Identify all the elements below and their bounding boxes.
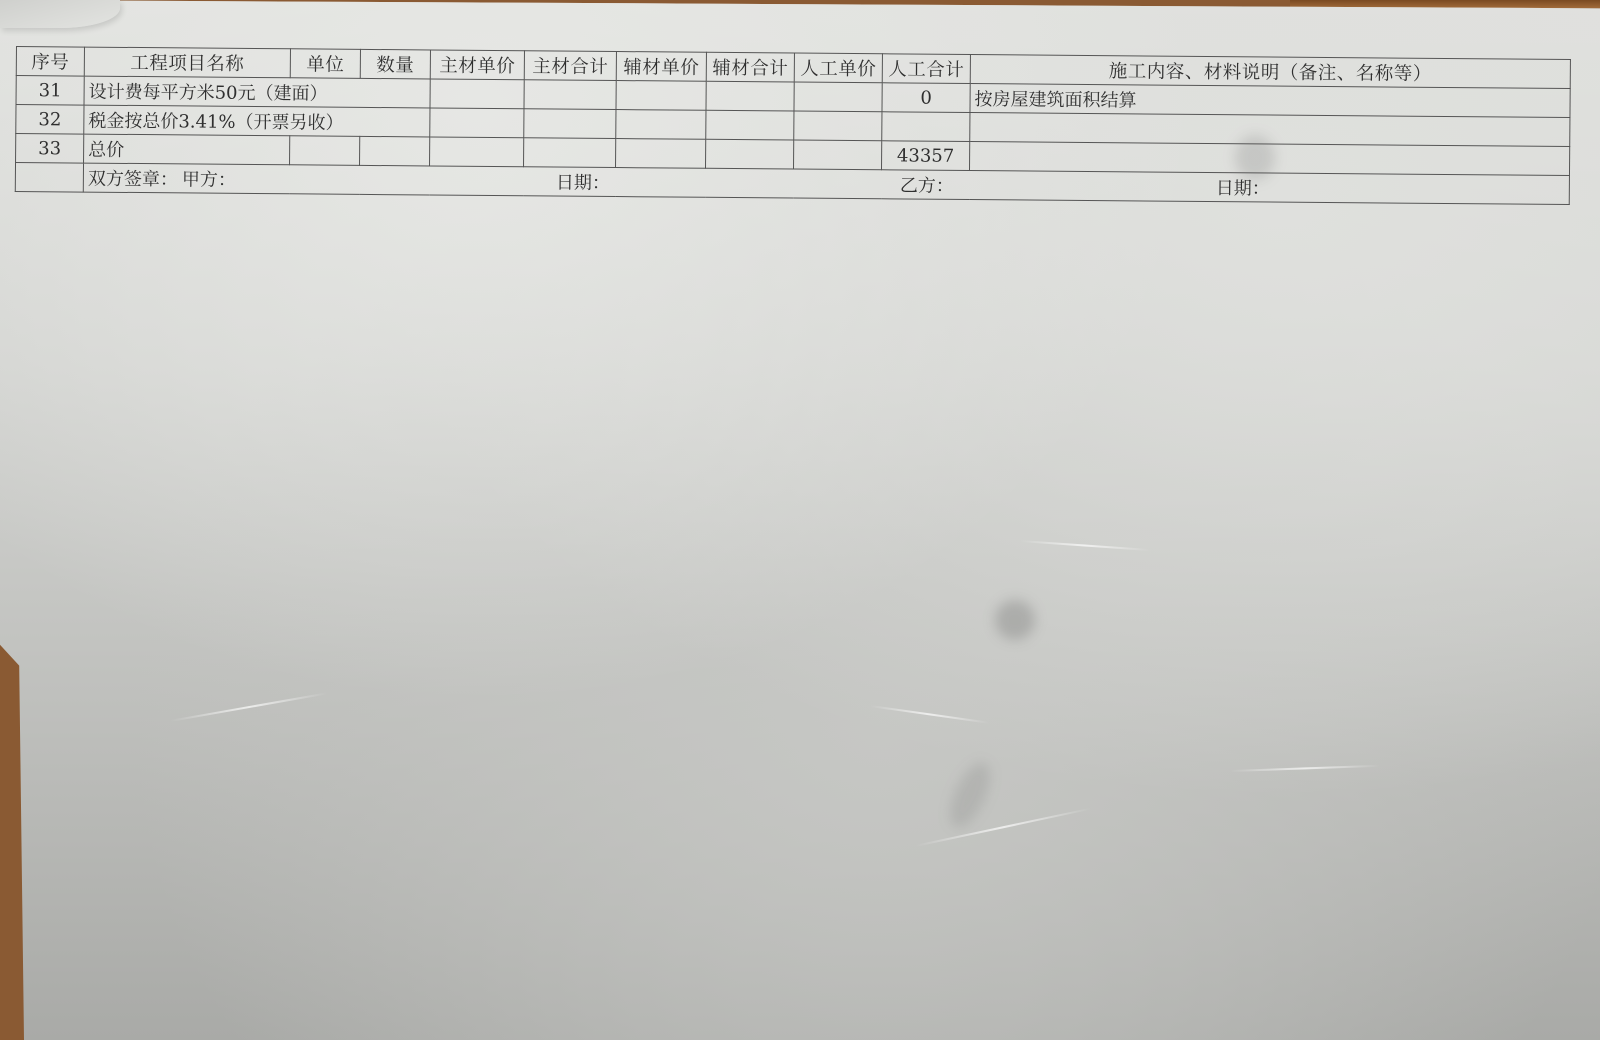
header-aux-total: 辅材合计: [706, 52, 794, 82]
row-main-unit-price: [430, 108, 524, 138]
row-main-total: [524, 109, 616, 139]
header-labor-total: 人工合计: [882, 54, 970, 84]
row-main-unit-price: [430, 137, 524, 167]
row-aux-unit-price: [616, 81, 706, 111]
row-aux-total: [705, 139, 793, 169]
row-item-name: 总价: [84, 134, 290, 165]
party-a-date-label: 日期：: [556, 169, 610, 195]
party-b-date-label: 日期：: [1216, 174, 1270, 200]
row-no: 33: [16, 134, 84, 164]
row-item-name: 设计费每平方米50元（建面）: [84, 76, 430, 108]
total-price-value: 43357: [881, 141, 969, 171]
party-a-label: 甲方：: [182, 165, 236, 191]
row-labor-total: 0: [882, 83, 970, 113]
row-main-total: [524, 138, 616, 168]
row-aux-total: [706, 81, 794, 111]
header-main-total: 主材合计: [524, 51, 616, 81]
row-main-unit-price: [430, 79, 524, 109]
header-quantity: 数量: [360, 49, 430, 79]
quotation-table: 序号 工程项目名称 单位 数量 主材单价 主材合计 辅材单价 辅材合计 人工单价…: [15, 46, 1571, 205]
row-labor-total: [882, 112, 970, 142]
signature-blank-cell: [15, 163, 83, 193]
row-unit: [290, 136, 360, 166]
row-item-name: 税金按总价3.41%（开票另收）: [84, 105, 430, 137]
row-labor-unit-price: [793, 140, 881, 170]
header-labor-unit-price: 人工单价: [794, 53, 882, 83]
row-quantity: [360, 136, 430, 166]
row-main-total: [524, 80, 616, 110]
header-unit: 单位: [290, 49, 360, 79]
party-b-label: 乙方：: [900, 171, 954, 197]
quotation-form: 序号 工程项目名称 单位 数量 主材单价 主材合计 辅材单价 辅材合计 人工单价…: [15, 46, 1600, 205]
smudge-mark: [995, 600, 1035, 640]
header-no: 序号: [16, 47, 84, 77]
row-aux-unit-price: [616, 139, 706, 169]
wood-table-edge: [1290, 0, 1600, 8]
row-labor-unit-price: [794, 82, 882, 112]
row-no: 31: [16, 76, 84, 106]
header-aux-unit-price: 辅材单价: [616, 52, 706, 82]
row-aux-total: [706, 110, 794, 140]
header-main-unit-price: 主材单价: [430, 50, 524, 80]
row-labor-unit-price: [794, 111, 882, 141]
row-no: 32: [16, 105, 84, 135]
signature-label: 双方签章：: [88, 165, 178, 192]
header-item-name: 工程项目名称: [84, 47, 290, 78]
row-aux-unit-price: [616, 110, 706, 140]
